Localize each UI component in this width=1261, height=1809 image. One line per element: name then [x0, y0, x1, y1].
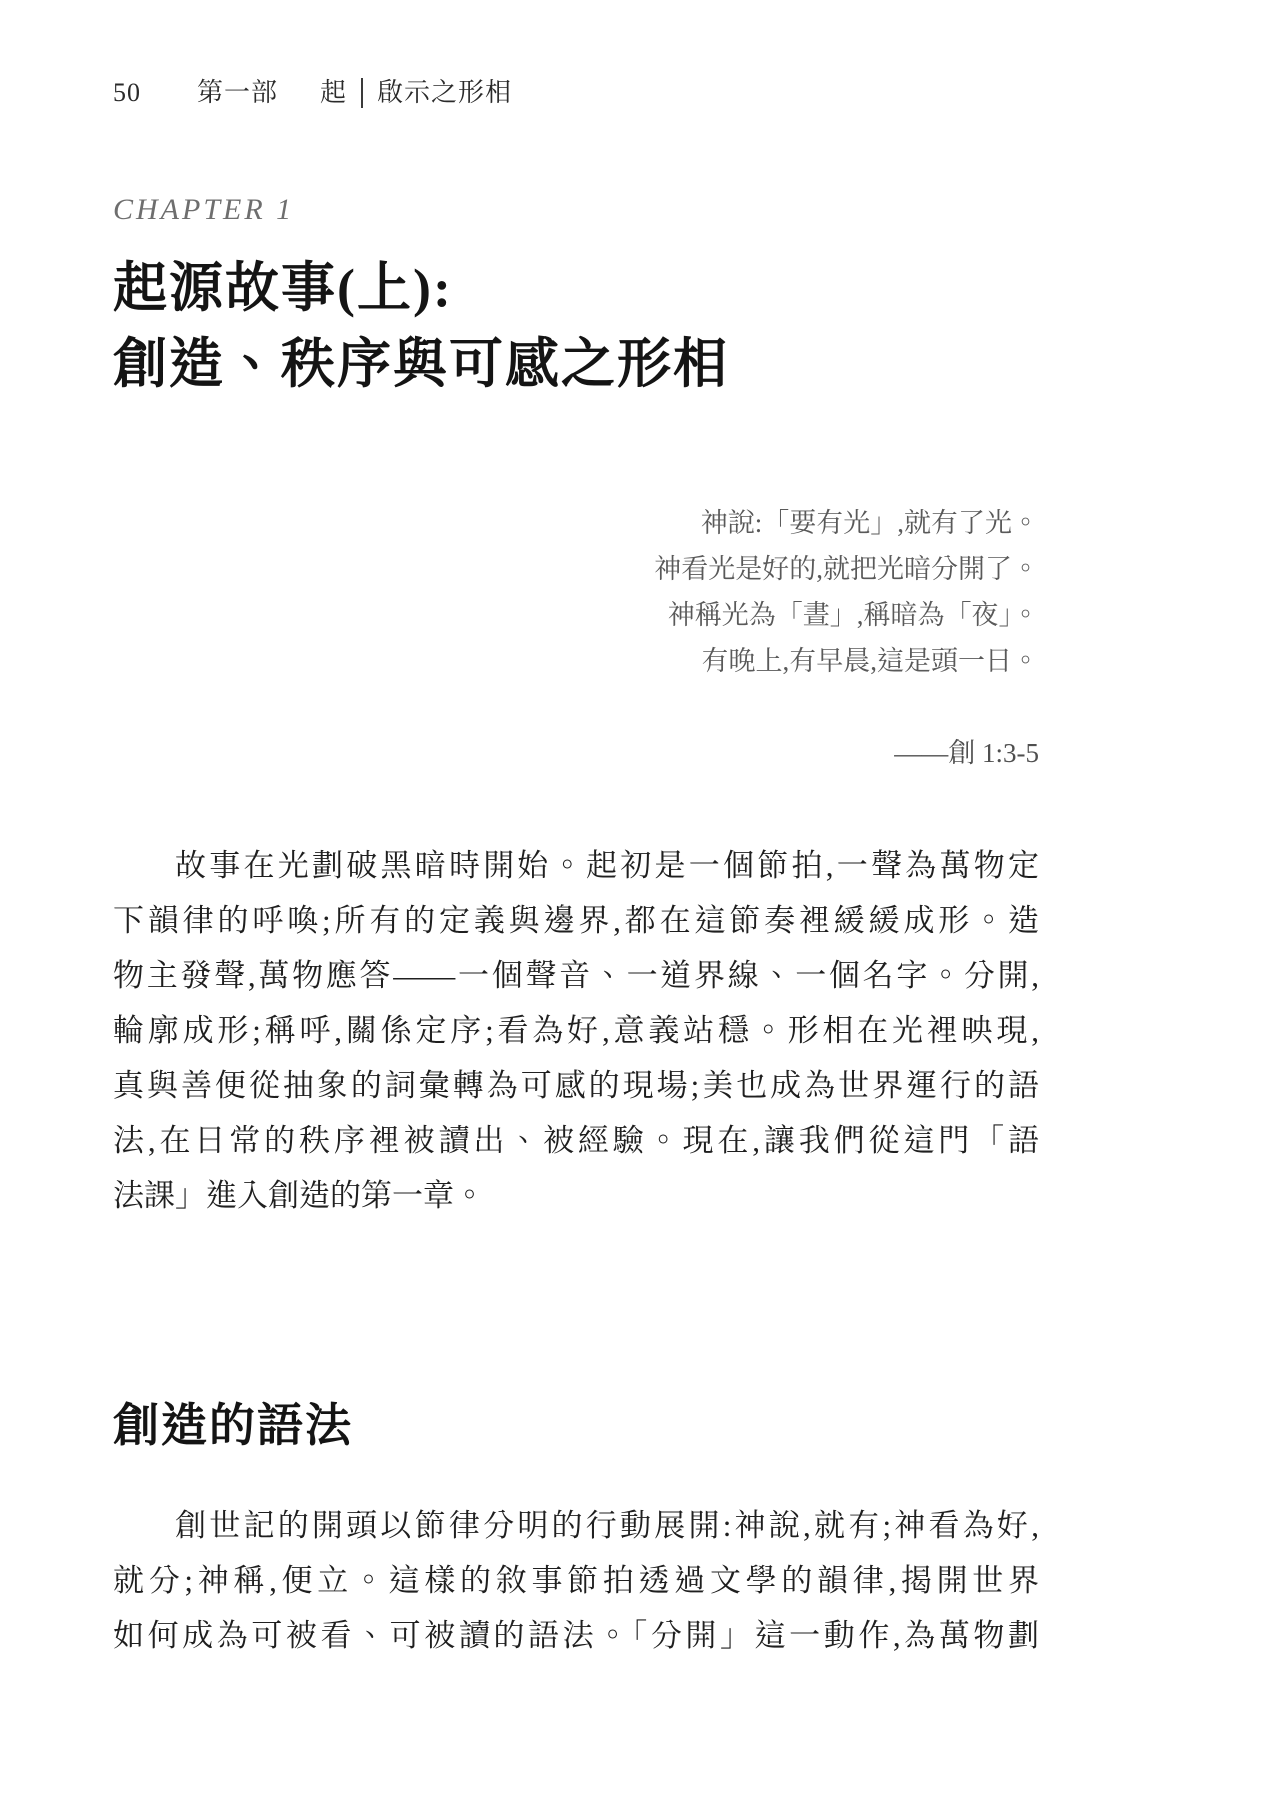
paragraph-1: 故事在光劃破黑暗時開始。起初是一個節拍,一聲為萬物定 下韻律的呼喚;所有的定義與… — [113, 838, 1039, 1223]
body-text-line: 如何成為可被看、可被讀的語法。「分開」這一動作,為萬物劃 — [113, 1608, 1039, 1663]
header-divider — [361, 78, 363, 108]
body-text-line: 輪廓成形;稱呼,關係定序;看為好,意義站穩。形相在光裡映現, — [113, 1003, 1039, 1058]
part-label: 第一部 — [197, 78, 278, 108]
body-text-line: 真與善便從抽象的詞彙轉為可感的現場;美也成為世界運行的語 — [113, 1058, 1039, 1113]
epigraph-line: 神稱光為「晝」,稱暗為「夜」。 — [113, 592, 1039, 638]
chapter-label: CHAPTER 1 — [113, 192, 1039, 228]
epigraph-attribution: ——創 1:3-5 — [113, 733, 1039, 773]
chapter-title-line-2: 創造、秩序與可感之形相 — [113, 326, 1039, 402]
chapter-title: 起源故事(上): 創造、秩序與可感之形相 — [113, 250, 1039, 402]
body-text-line: 物主發聲,萬物應答——一個聲音、一道界線、一個名字。分開, — [113, 948, 1039, 1003]
body-text-line: 下韻律的呼喚;所有的定義與邊界,都在這節奏裡緩緩成形。造 — [113, 893, 1039, 948]
page-number: 50 — [113, 78, 141, 108]
book-page: 50 第一部 起 啟示之形相 CHAPTER 1 起源故事(上): 創造、秩序與… — [0, 0, 1261, 1809]
body-text-line: 法,在日常的秩序裡被讀出、被經驗。現在,讓我們從這門「語 — [113, 1113, 1039, 1168]
chapter-title-line-1: 起源故事(上): — [113, 250, 1039, 326]
body-text-line: 創世記的開頭以節律分明的行動展開:神說,就有;神看為好, — [113, 1498, 1039, 1553]
section-short-label: 起 — [320, 78, 347, 108]
epigraph-line: 神看光是好的,就把光暗分開了。 — [113, 546, 1039, 592]
paragraph-2: 創世記的開頭以節律分明的行動展開:神說,就有;神看為好, 就分;神稱,便立。這樣… — [113, 1498, 1039, 1663]
epigraph: 神說:「要有光」,就有了光。 神看光是好的,就把光暗分開了。 神稱光為「晝」,稱… — [113, 500, 1039, 684]
section-heading: 創造的語法 — [113, 1398, 1039, 1453]
body-text-line: 就分;神稱,便立。這樣的敘事節拍透過文學的韻律,揭開世界 — [113, 1553, 1039, 1608]
epigraph-line: 有晚上,有早晨,這是頭一日。 — [113, 638, 1039, 684]
running-header: 50 第一部 起 啟示之形相 — [113, 78, 1039, 108]
section-title: 啟示之形相 — [377, 78, 512, 108]
epigraph-line: 神說:「要有光」,就有了光。 — [113, 500, 1039, 546]
body-text-line: 故事在光劃破黑暗時開始。起初是一個節拍,一聲為萬物定 — [113, 838, 1039, 893]
body-text-line: 法課」進入創造的第一章。 — [113, 1168, 1039, 1223]
